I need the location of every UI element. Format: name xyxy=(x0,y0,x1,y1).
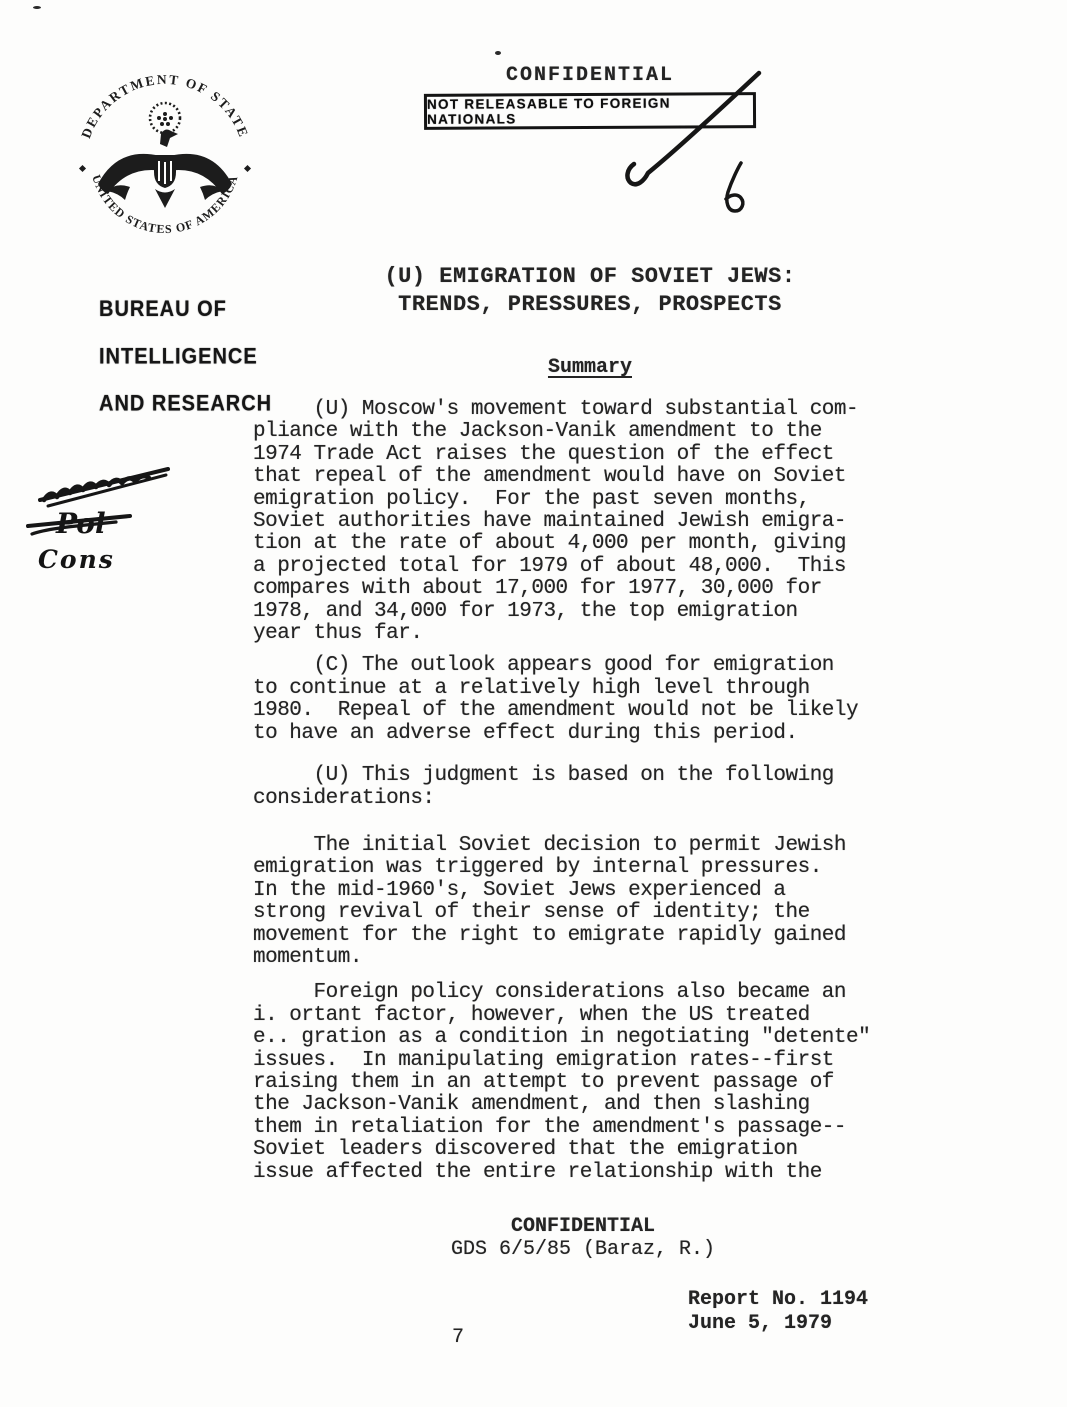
department-of-state-seal: DEPARTMENT OF STATE UNITED STATES OF AME… xyxy=(68,66,262,260)
summary-paragraph-5: Foreign policy considerations also becam… xyxy=(253,982,933,1184)
page-number: 7 xyxy=(452,1326,464,1349)
document-title: (U) EMIGRATION OF SOVIET JEWS: TRENDS, P… xyxy=(260,263,920,319)
pol-annotation: Pol xyxy=(28,507,130,540)
summary-paragraph-1: (U) Moscow's movement toward substantial… xyxy=(253,399,933,645)
scanned-document-page: CONFIDENTIAL NOT RELEASABLE TO FOREIGN N… xyxy=(0,0,1067,1407)
handwritten-initial xyxy=(726,163,743,211)
eagle-emblem xyxy=(98,103,232,208)
gds-line: GDS 6/5/85 (Baraz, R.) xyxy=(253,1238,913,1261)
summary-paragraph-4: The initial Soviet decision to permit Je… xyxy=(253,835,933,969)
bureau-name: BUREAU OF INTELLIGENCE AND RESEARCH xyxy=(99,286,272,427)
cons-annotation: Cons xyxy=(38,545,115,574)
summary-paragraph-3: (U) This judgment is based on the follow… xyxy=(253,765,933,810)
scan-speck xyxy=(495,51,501,55)
margin-annotations: Pol Cons xyxy=(18,448,258,588)
scribble-mark xyxy=(40,469,168,506)
seal-star-right xyxy=(244,165,251,172)
seal-star-left xyxy=(79,165,86,172)
summary-heading: Summary xyxy=(260,356,920,379)
handwritten-checkmark xyxy=(560,60,820,250)
report-number-block: Report No. 1194 June 5, 1979 xyxy=(688,1288,868,1336)
footer-classification-block: CONFIDENTIAL GDS 6/5/85 (Baraz, R.) xyxy=(253,1215,913,1261)
footer-classification: CONFIDENTIAL xyxy=(253,1215,913,1238)
summary-paragraph-2: (C) The outlook appears good for emigrat… xyxy=(253,655,933,745)
summary-body: (U) Moscow's movement toward substantial… xyxy=(253,399,933,1184)
scan-speck xyxy=(33,6,41,9)
